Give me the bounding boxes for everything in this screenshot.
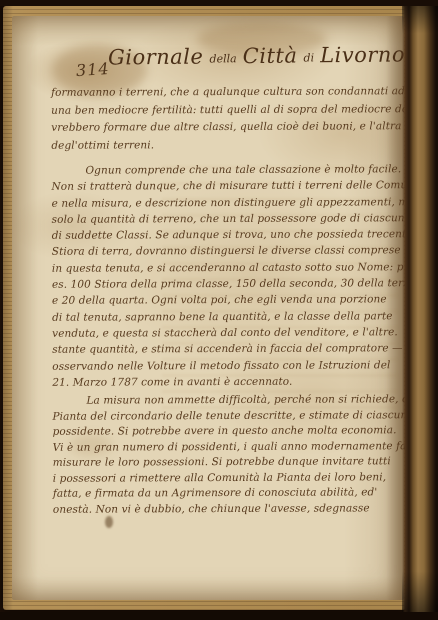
text-line: solo la quantità di terreno, che un tal … [52,210,402,228]
text-line: Vi è un gran numero di possidenti, i qua… [53,439,403,456]
text-line: Non si tratterà dunque, che di misurare … [51,178,401,196]
text-line: una ben mediocre fertilità: tutti quelli… [51,101,401,120]
text-line: di tal tenuta, sapranno bene la quantità… [52,308,402,326]
text-line: formavanno i terreni, che a qualunque cu… [51,83,401,102]
text-line: misurare le loro possessioni. Si potrebb… [53,454,403,471]
text-line: fatta, e firmata da un Agrimensore di co… [53,485,403,502]
page-number: 314 [75,59,110,80]
title-word: della [208,52,237,65]
book-photo: 314 Giornale della Città di Livorno form… [0,0,438,620]
text-line: in questa tenuta, e si accenderanno al c… [52,259,402,277]
paragraph: Ognun comprende che una tale classazione… [51,161,402,391]
text-line: 21. Marzo 1787 come in avanti è accennat… [52,373,402,391]
paragraph: La misura non ammette difficoltà, perché… [52,392,403,518]
text-line: di suddette Classi. Se adunque si trova,… [52,226,402,244]
text-line: possidente. Si potrebbe avere in questo … [53,423,403,440]
text-line: Pianta del circondario delle tenute desc… [52,408,402,425]
manuscript-text: formavanno i terreni, che a qualunque cu… [51,83,403,518]
title-word: di [302,51,315,64]
text-line: degl'ottimi terreni. [51,136,401,155]
text-line: osservando nelle Volture il metodo fissa… [52,357,402,375]
manuscript-page: 314 Giornale della Città di Livorno form… [12,16,404,600]
text-line: vrebbero formare due altre classi, quell… [51,118,401,137]
text-line: La misura non ammette difficoltà, perché… [52,392,402,409]
text-line: onestà. Non vi è dubbio, che chiunque l'… [53,501,403,518]
text-line: e 20 della quarta. Ogni volta poi, che e… [52,292,402,310]
text-line: Ognun comprende che una tale classazione… [51,161,401,179]
title-word: Città [243,44,298,69]
text-line: i possessori a rimettere alla Comunità l… [53,470,403,487]
text-line: venduta, e questa si staccherà dal conto… [52,324,402,342]
book-cover-edge-top [0,0,438,6]
text-line: es. 100 Stiora della prima classe, 150 d… [52,275,402,293]
text-line: stante quantità, e stima si accenderà in… [52,341,402,359]
book-cover-edge-bottom [0,612,438,620]
paper-stain [105,516,113,528]
paragraph: formavanno i terreni, che a qualunque cu… [51,83,401,155]
page-title: Giornale della Città di Livorno [108,42,400,69]
title-word: Giornale [108,45,204,70]
binding-gutter [402,3,438,614]
text-line: e nella misura, e descrizione non distin… [52,194,402,212]
text-line: Stiora di terra, dovranno distinguersi l… [52,243,402,261]
title-word: Livorno [320,42,405,67]
